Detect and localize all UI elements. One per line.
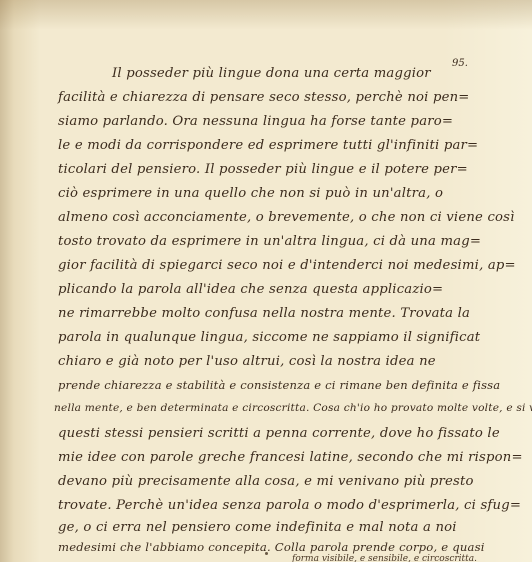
manuscript-line-5: ticolari del pensiero. Il posseder più l…: [58, 162, 468, 177]
manuscript-line-3: siamo parlando. Ora nessuna lingua ha fo…: [58, 114, 453, 129]
manuscript-line-19: trovate. Perchè un'idea senza parola o m…: [58, 498, 521, 513]
manuscript-line-1: Il posseder più lingue dona una certa ma…: [112, 66, 431, 81]
manuscript-line-15: nella mente, e ben determinata e circosc…: [54, 402, 532, 414]
manuscript-line-13: chiaro e già noto per l'uso altrui, così…: [58, 354, 436, 369]
manuscript-line-8: tosto trovato da esprimere in un'altra l…: [58, 234, 481, 249]
page-number: 95.: [452, 58, 468, 69]
manuscript-line-12: parola in qualunque lingua, siccome ne s…: [58, 330, 480, 345]
manuscript-line-11: ne rimarrebbe molto confusa nella nostra…: [58, 306, 470, 321]
manuscript-line-18: devano più precisamente alla cosa, e mi …: [58, 474, 474, 489]
manuscript-line-6: ciò esprimere in una quello che non si p…: [58, 186, 443, 201]
manuscript-line-17: mie idee con parole greche francesi lati…: [58, 450, 523, 465]
manuscript-line-22: forma visibile, e sensibile, e circoscri…: [292, 554, 477, 562]
manuscript-line-9: gior facilità di spiegarci seco noi e d'…: [58, 258, 516, 273]
manuscript-line-10: plicando la parola all'idea che senza qu…: [58, 282, 443, 297]
manuscript-line-16: questi stessi pensieri scritti a penna c…: [58, 426, 500, 441]
manuscript-line-14: prende chiarezza e stabilità e consisten…: [58, 378, 500, 392]
manuscript-line-2: facilità e chiarezza di pensare seco ste…: [58, 90, 470, 105]
manuscript-line-20: ge, o ci erra nel pensiero come indefini…: [58, 520, 457, 535]
manuscript-line-21: medesimi che l'abbiamo concepita. Colla …: [58, 540, 485, 554]
ink-speck: [265, 552, 268, 555]
manuscript-page: 95. Il posseder più lingue dona una cert…: [0, 0, 532, 562]
manuscript-line-4: le e modi da corrispondere ed esprimere …: [58, 138, 478, 153]
manuscript-line-7: almeno così acconciamente, o brevemente,…: [58, 210, 515, 225]
